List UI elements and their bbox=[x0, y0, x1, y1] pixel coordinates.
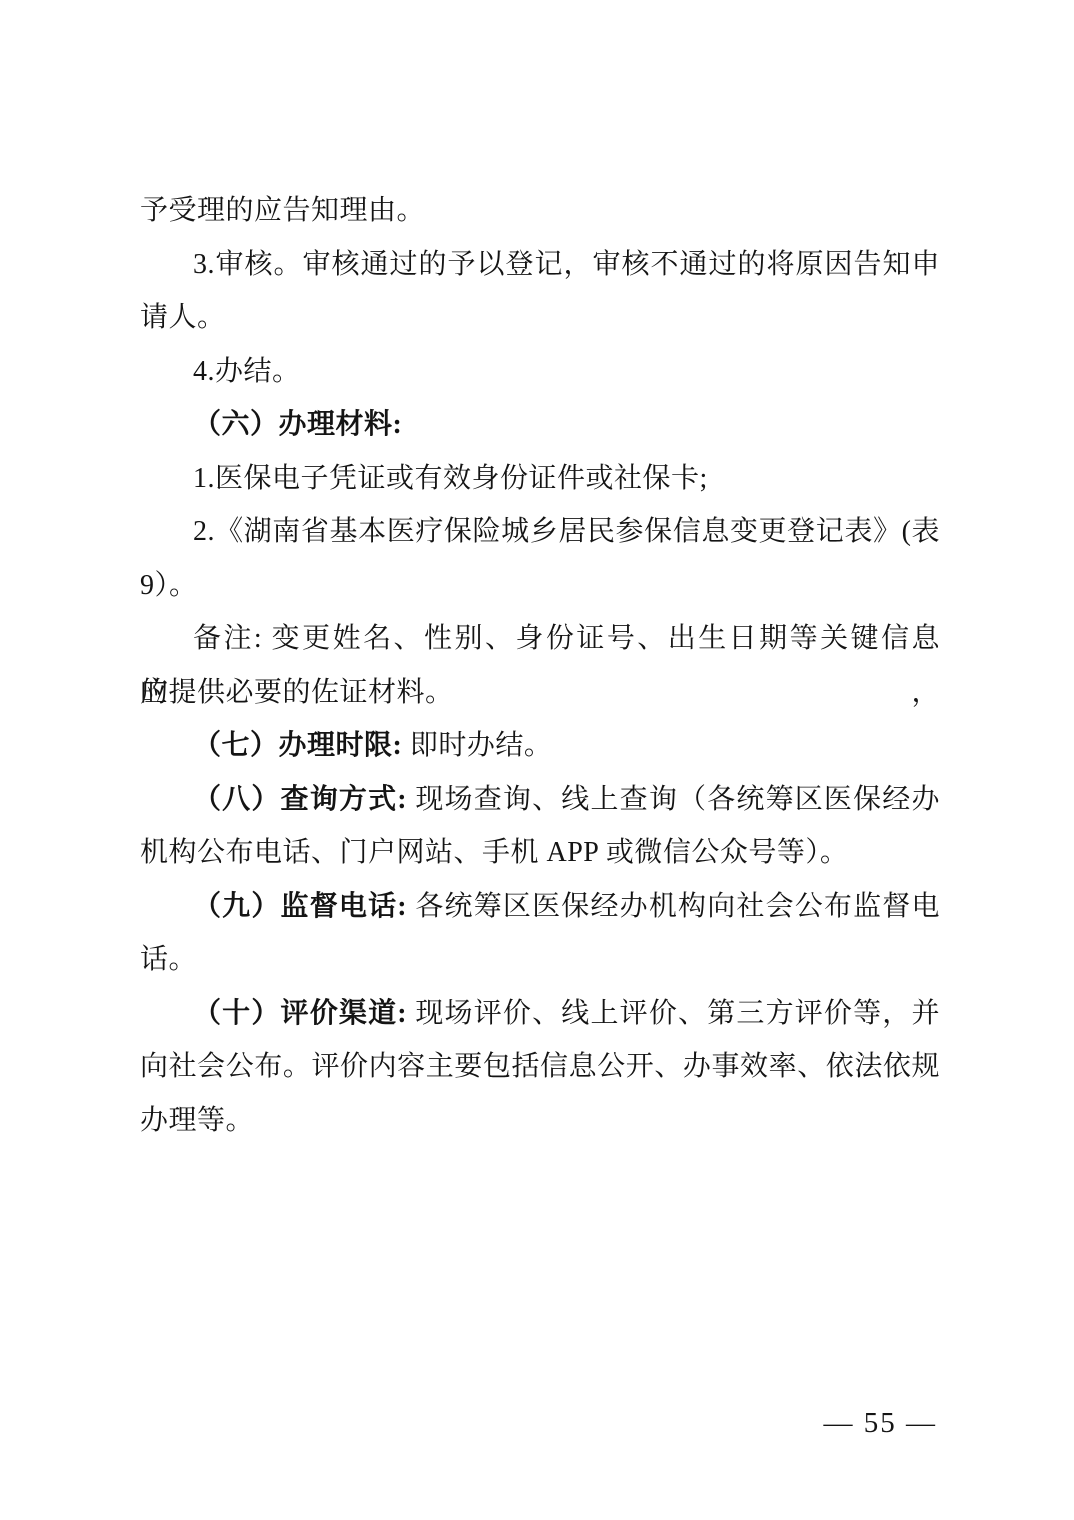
line-bold-label: （七）办理时限: bbox=[193, 730, 402, 761]
line-text: 请人。 bbox=[140, 302, 226, 333]
line-text: 1.医保电子凭证或有效身份证件或社保卡; bbox=[193, 463, 708, 494]
line-text: 现场查询、线上查询（各统筹区医保经办 bbox=[407, 784, 940, 815]
text-line: （八）查询方式: 现场查询、线上查询（各统筹区医保经办 bbox=[140, 773, 940, 827]
line-text: 机构公布电话、门户网站、手机 APP 或微信公众号等）。 bbox=[140, 837, 848, 868]
line-text: 办理等。 bbox=[140, 1105, 254, 1136]
line-text: 向社会公布。评价内容主要包括信息公开、办事效率、依法依规 bbox=[140, 1051, 940, 1082]
text-line: 办理等。 bbox=[140, 1094, 940, 1148]
line-text: 4.办结。 bbox=[193, 356, 301, 387]
text-line: 3.审核。审核通过的予以登记，审核不通过的将原因告知申 bbox=[140, 238, 940, 292]
text-line: 向社会公布。评价内容主要包括信息公开、办事效率、依法依规 bbox=[140, 1040, 940, 1094]
line-bold-label: （八）查询方式: bbox=[193, 784, 407, 815]
document-page: 予受理的应告知理由。 3.审核。审核通过的予以登记，审核不通过的将原因告知申 请… bbox=[0, 0, 1074, 1520]
body-text: 予受理的应告知理由。 3.审核。审核通过的予以登记，审核不通过的将原因告知申 请… bbox=[140, 184, 940, 1147]
text-line: 予受理的应告知理由。 bbox=[140, 184, 940, 238]
text-line: 2.《湖南省基本医疗保险城乡居民参保信息变更登记表》(表 bbox=[140, 505, 940, 559]
text-line: 4.办结。 bbox=[140, 345, 940, 399]
line-bold-label: （十）评价渠道: bbox=[193, 998, 407, 1029]
text-line: 机构公布电话、门户网站、手机 APP 或微信公众号等）。 bbox=[140, 826, 940, 880]
line-text: 即时办结。 bbox=[402, 730, 552, 761]
text-line: （九）监督电话: 各统筹区医保经办机构向社会公布监督电 bbox=[140, 880, 940, 934]
text-line: 1.医保电子凭证或有效身份证件或社保卡; bbox=[140, 452, 940, 506]
text-line: 话。 bbox=[140, 933, 940, 987]
text-line: 备注: 变更姓名、性别、身份证号、出生日期等关键信息的， bbox=[140, 612, 940, 666]
page-number: — 55 — bbox=[824, 1405, 938, 1441]
line-text: 各统筹区医保经办机构向社会公布监督电 bbox=[407, 891, 940, 922]
text-line: 请人。 bbox=[140, 291, 940, 345]
text-line: （七）办理时限: 即时办结。 bbox=[140, 719, 940, 773]
text-line: （六）办理材料: bbox=[140, 398, 940, 452]
line-bold-label: （九）监督电话: bbox=[193, 891, 407, 922]
text-line: （十）评价渠道: 现场评价、线上评价、第三方评价等，并 bbox=[140, 987, 940, 1041]
line-bold-label: （六）办理材料: bbox=[193, 409, 402, 440]
line-text: 应提供必要的佐证材料。 bbox=[140, 677, 454, 708]
line-text: 现场评价、线上评价、第三方评价等，并 bbox=[407, 998, 940, 1029]
line-text: 话。 bbox=[140, 944, 197, 975]
line-text: 9）。 bbox=[140, 570, 198, 601]
line-text: 予受理的应告知理由。 bbox=[140, 195, 425, 226]
text-line: 9）。 bbox=[140, 559, 940, 613]
line-text: 2.《湖南省基本医疗保险城乡居民参保信息变更登记表》(表 bbox=[193, 516, 940, 547]
line-text: 3.审核。审核通过的予以登记，审核不通过的将原因告知申 bbox=[193, 249, 940, 280]
